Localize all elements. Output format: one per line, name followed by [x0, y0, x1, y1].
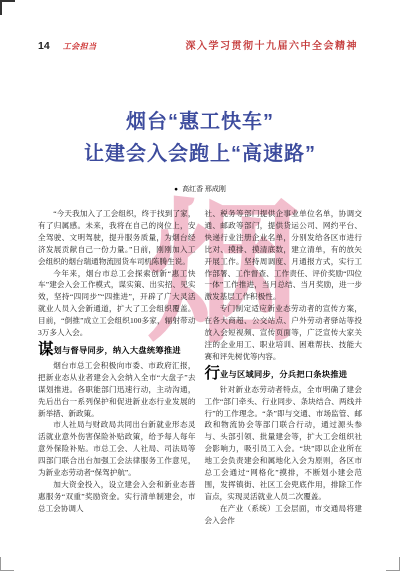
section-2-initial: 行: [205, 365, 221, 382]
section-heading-2: 行业与区域同步，分兵把口条块推进: [205, 368, 363, 381]
article-title: 烟台“惠工快车” 让建会入会跑上“高速路”: [0, 106, 400, 170]
byline-author-icon: ●: [174, 186, 178, 193]
article-title-line1: 烟台“惠工快车”: [0, 106, 400, 138]
paragraph: 针对新业态劳动者特点，全市明确了建会工作“部门牵头、行业同步、条块结合、两线并行…: [205, 384, 363, 503]
paragraph: 专门制定适应新业态劳动者的宣传方案，在各大商超、公交站点、户外劳动者驿站等投放入…: [205, 303, 363, 363]
masthead-logo: 工会担当: [63, 41, 97, 52]
page-number: 14: [38, 40, 50, 52]
article-title-line2: 让建会入会跑上“高速路”: [0, 138, 400, 170]
page-header: 14 工会担当 深入学习贯彻十九届六中全会精神: [38, 37, 358, 52]
paragraph: 今年来，烟台市总工会探索创新“惠工快车”建会入会工作模式，谋实策、出实招、见实效…: [38, 268, 196, 339]
paragraph: 在产业（系统）工会层面，市交通局将建会入会作: [205, 503, 363, 527]
header-slogan: 深入学习贯彻十九届六中全会精神: [186, 37, 359, 52]
right-column: 社、税务等部门提供企事业单位名单，协调交通、邮政等部门，提供货运公司、网约平台、…: [205, 208, 363, 527]
section-1-title: 划与督导同步，纳入大盘统筹推进: [54, 346, 181, 355]
paragraph: 烟台市总工会积极向市委、市政府汇报，把新业态从业者建会入会纳入全市“大盘子”去谋…: [38, 360, 196, 420]
byline: ●高红香 邢成刚: [0, 184, 400, 194]
section-1-initial: 谋: [38, 341, 54, 358]
article-body: “今天我加入了工会组织，终于找到了家，有了归属感。未来，我将在自己的岗位上，安全…: [38, 208, 362, 527]
section-2-title: 业与区域同步，分兵把口条块推进: [220, 370, 347, 379]
crop-mark-top-left: [0, 0, 15, 15]
section-heading-1: 谋划与督导同步，纳入大盘统筹推进: [38, 344, 196, 357]
paragraph: 加大资金投入，设立建会入会和新业态普惠服务“双重”奖励资金。实行清单制建会，市总…: [38, 479, 196, 515]
paragraph: “今天我加入了工会组织，终于找到了家，有了归属感。未来，我将在自己的岗位上，安全…: [38, 208, 196, 268]
paragraph: 市人社局与财政局共同出台新就业形态灵活就业意外伤害保险补贴政策，给予每人每年意外…: [38, 419, 196, 479]
paragraph: 社、税务等部门提供企事业单位名单，协调交通、邮政等部门，提供货运公司、网约平台、…: [205, 208, 363, 303]
crop-mark-bottom-right: [386, 557, 400, 571]
crop-mark-bottom-left: [0, 557, 14, 571]
byline-authors: 高红香 邢成刚: [182, 185, 226, 193]
left-column: “今天我加入了工会组织，终于找到了家，有了归属感。未来，我将在自己的岗位上，安全…: [38, 208, 196, 527]
